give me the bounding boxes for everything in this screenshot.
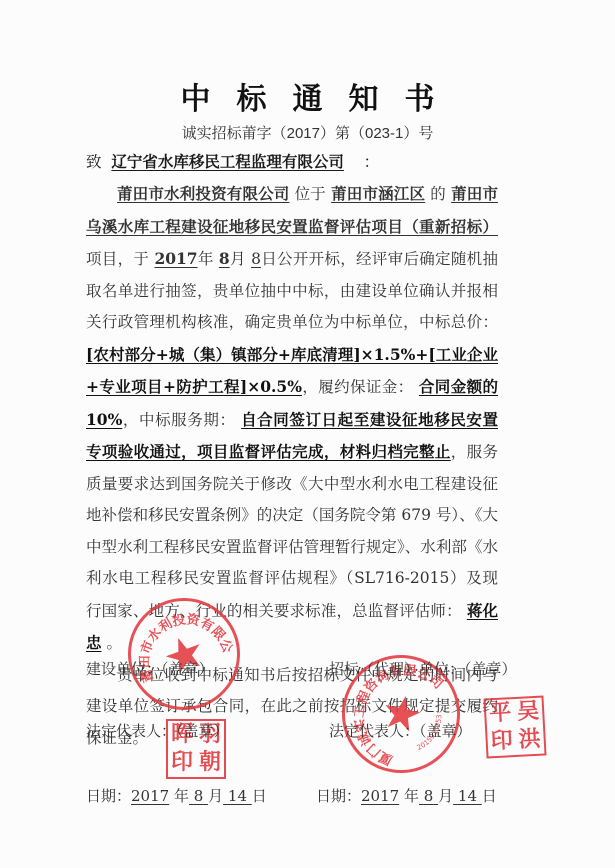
day-label: 日 xyxy=(482,787,497,805)
document-number: 诚实招标莆字（2017）第（023-1）号 xyxy=(0,122,615,143)
seal-char: 吴 xyxy=(517,701,540,724)
owner-name: 莆田市水利投资有限公司 xyxy=(117,184,289,203)
period-label: ，中标服务期： xyxy=(122,411,235,429)
to-label: 致 xyxy=(86,153,102,171)
date-month: 8 xyxy=(419,787,438,805)
month-label: 月 xyxy=(230,250,246,268)
month-label: 月 xyxy=(438,787,453,805)
month-label: 月 xyxy=(208,787,223,805)
doc-number-mid: ）第（ xyxy=(320,124,365,142)
doc-number-prefix: 诚实招标莆字（ xyxy=(182,124,287,142)
seal-char: 平 xyxy=(489,702,512,725)
year-label: 年 xyxy=(174,787,189,805)
recipient-name: 辽宁省水库移民工程监理有限公司 xyxy=(111,152,344,171)
open-day: 8 xyxy=(251,250,261,268)
paragraph-award: 莆田市水利投资有限公司 位于 莆田市涵江区 的 莆田市乌溪水库工程建设征地移民安… xyxy=(86,178,498,660)
open-year: 2017 xyxy=(154,249,197,268)
left-date: 日期：2017 年 8 月 14 日 xyxy=(86,785,267,806)
right-date: 日期：2017 年 8 月 14 日 xyxy=(316,785,497,806)
quality-text: ，服务质量要求达到国务院关于修改《大中型水利水电工程建设征地补偿和移民安置条例》… xyxy=(86,443,498,620)
located-label: 位于 xyxy=(295,185,326,203)
date-label: 日期： xyxy=(86,787,131,805)
date-year: 2017 xyxy=(131,787,169,805)
bond-label: ，履约保证金： xyxy=(302,378,414,396)
project-label: 项目，于 xyxy=(86,250,149,268)
owner-location: 莆田市涵江区 xyxy=(331,184,425,203)
open-month: 8 xyxy=(219,249,230,268)
year-label: 年 xyxy=(404,787,419,805)
year-label: 年 xyxy=(198,250,214,268)
recipient-line: 致 辽宁省水库移民工程监理有限公司 ： xyxy=(86,150,379,172)
price-label: 中标总价： xyxy=(419,313,498,331)
construction-unit-label: 建设单位：（盖章） xyxy=(86,658,214,679)
date-day: 14 xyxy=(453,787,482,805)
doc-number-year: 2017 xyxy=(287,125,320,142)
seal-char: 洪 xyxy=(518,729,541,752)
doc-number-suffix: ）号 xyxy=(403,124,433,142)
of-label: 的 xyxy=(430,185,446,203)
agency-unit-label: 招标（代理）单位：（盖章） xyxy=(329,658,517,679)
seal-char: 印 xyxy=(171,752,193,774)
paragraph-end: 。 xyxy=(106,634,122,652)
date-label: 日期： xyxy=(316,787,361,805)
seal-char: 朝 xyxy=(199,752,221,774)
date-year: 2017 xyxy=(361,787,399,805)
right-legal-rep-label: 法定代表人：（盖章） xyxy=(329,720,472,741)
recipient-suffix: ： xyxy=(364,153,380,171)
date-month: 8 xyxy=(189,787,208,805)
seal-char: 印 xyxy=(490,730,513,753)
date-day: 14 xyxy=(223,787,252,805)
day-label: 日 xyxy=(252,787,267,805)
right-personal-seal: 平 吴 印 洪 xyxy=(483,695,546,758)
left-legal-rep-label: 法定代表人：（盖章） xyxy=(86,720,229,741)
doc-number-code: 023-1 xyxy=(365,125,403,142)
document-title: 中标通知书 xyxy=(0,74,615,118)
